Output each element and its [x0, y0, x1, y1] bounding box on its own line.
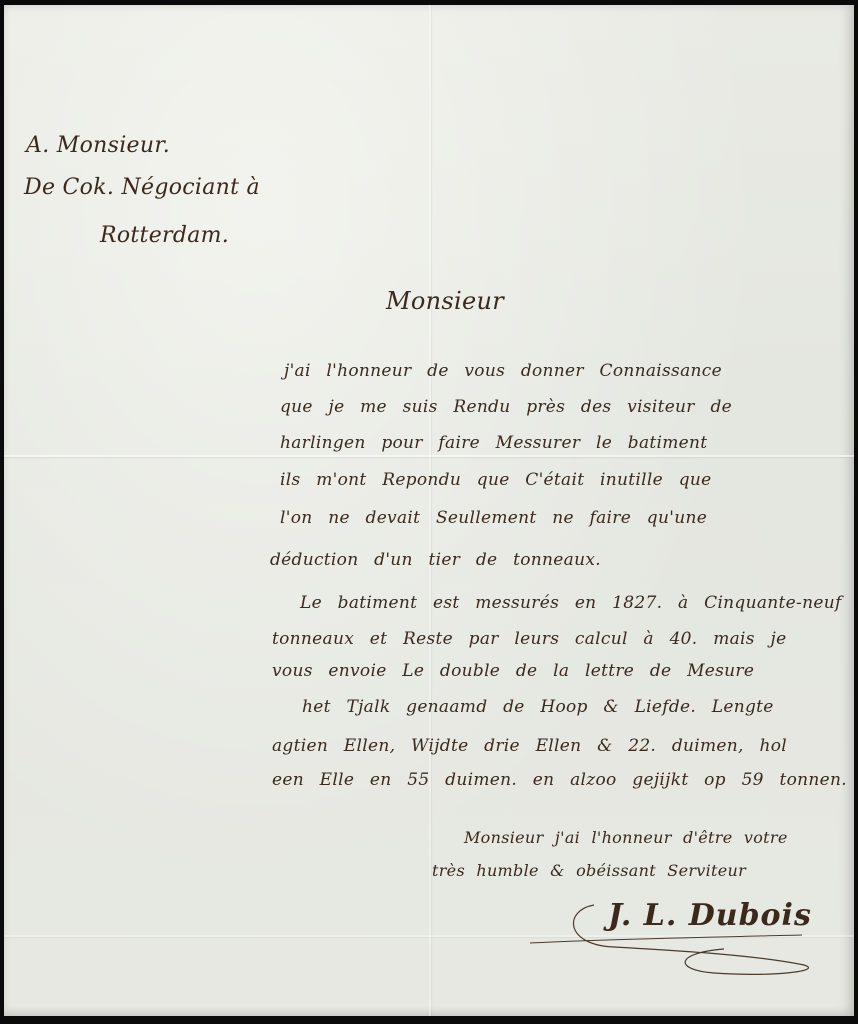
- body-line: l'on ne devait Seullement ne faire qu'un…: [280, 508, 707, 528]
- address-line-1: A. Monsieur.: [26, 133, 170, 158]
- body-line: déduction d'un tier de tonneaux.: [270, 550, 601, 570]
- closing-line-2: très humble & obéissant Serviteur: [432, 861, 746, 880]
- body-line: tonneaux et Reste par leurs calcul à 40.…: [272, 629, 786, 649]
- signature-flourish-icon: [524, 885, 824, 985]
- body-line: que je me suis Rendu près des visiteur d…: [280, 397, 732, 417]
- body-line: ils m'ont Repondu que C'était inutille q…: [280, 470, 711, 490]
- address-line-3: Rotterdam.: [100, 223, 229, 248]
- salutation: Monsieur: [386, 287, 504, 315]
- address-line-2: De Cok. Négociant à: [24, 175, 260, 200]
- body-line: harlingen pour faire Messurer le batimen…: [280, 433, 707, 453]
- body-line: j'ai l'honneur de vous donner Connaissan…: [284, 361, 722, 381]
- letter-paper: A. Monsieur. De Cok. Négociant à Rotterd…: [4, 5, 854, 1016]
- body-line: het Tjalk genaamd de Hoop & Liefde. Leng…: [302, 697, 774, 717]
- body-line: Le batiment est messurés en 1827. à Cinq…: [300, 593, 842, 613]
- body-line: vous envoie Le double de la lettre de Me…: [272, 661, 754, 681]
- body-line: agtien Ellen, Wijdte drie Ellen & 22. du…: [272, 736, 787, 756]
- closing-line-1: Monsieur j'ai l'honneur d'être votre: [464, 828, 788, 847]
- body-line: een Elle en 55 duimen. en alzoo gejijkt …: [272, 770, 847, 790]
